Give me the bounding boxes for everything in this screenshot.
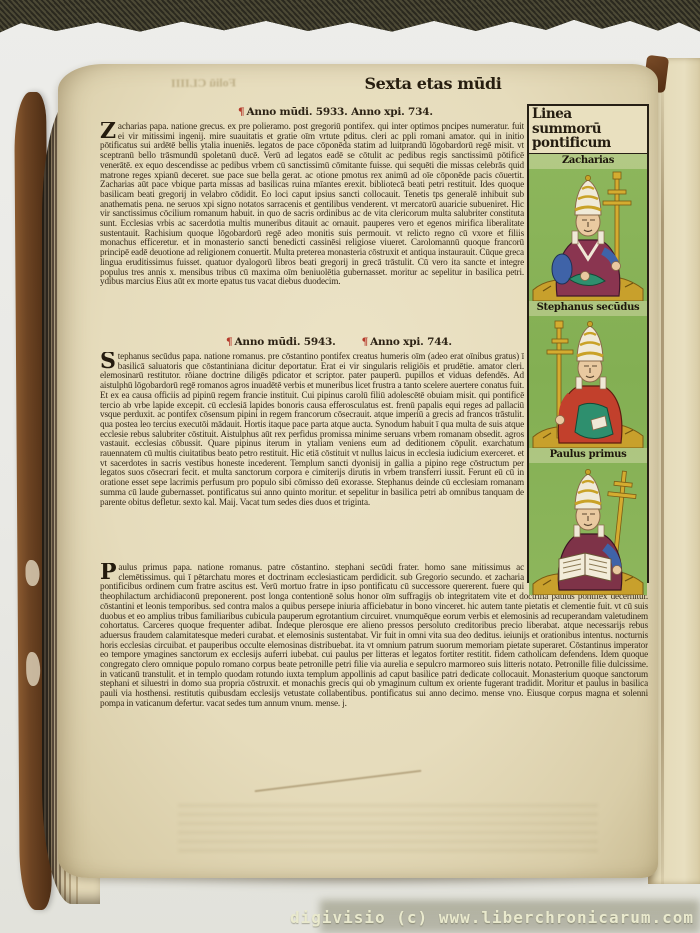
chapter-heading-2: ¶Anno mūdi. 5943.¶Anno xpi. 744. bbox=[226, 336, 452, 348]
pope-portrait-zacharias-woodcut bbox=[529, 169, 647, 301]
spine-wear-chip bbox=[26, 652, 40, 686]
ink-showthrough bbox=[178, 804, 598, 854]
book-page: Foliū CLIIII Sexta etas mūdi ¶Anno mūdi.… bbox=[58, 64, 658, 878]
pope-portrait-paulus-woodcut bbox=[529, 463, 647, 595]
dropcap-initial: Z bbox=[100, 122, 118, 140]
pope-label: Zacharias bbox=[529, 154, 647, 169]
paragraph-stephanus: Stephanus secūdus papa. natione romanus.… bbox=[100, 352, 524, 560]
pope-cell-paulus: Paulus primus bbox=[529, 448, 647, 595]
showthrough-folio-text: Foliū CLIIII bbox=[116, 75, 236, 91]
paragraph-zacharias: Zacharias papa. natione grecus. ex pre p… bbox=[100, 122, 524, 338]
dropcap-initial: P bbox=[100, 563, 118, 581]
pope-label: Paulus primus bbox=[529, 448, 647, 463]
heading-text: Anno mūdi. 5943. bbox=[234, 336, 335, 348]
panel-green-background: Zacharias bbox=[529, 154, 647, 595]
heading-text: Anno xpi. 744. bbox=[370, 336, 452, 348]
panel-title: Linea summorū pontificum bbox=[529, 106, 647, 154]
paragraph-text: tephanus secūdus papa. natione romanus. … bbox=[100, 352, 524, 507]
photo-scene: Foliū CLIIII Sexta etas mūdi ¶Anno mūdi.… bbox=[0, 0, 700, 933]
heading-text: Anno mūdi. 5933. Anno xpi. 734. bbox=[246, 106, 432, 118]
running-header: Sexta etas mūdi bbox=[343, 74, 523, 93]
dropcap-initial: S bbox=[100, 352, 118, 370]
pope-cell-zacharias: Zacharias bbox=[529, 154, 647, 301]
linea-pontificum-panel: Linea summorū pontificum Zacharias bbox=[527, 104, 649, 583]
watermark-text: digivisio (c) www.liberchronicarum.com bbox=[290, 908, 694, 927]
panel-title-line1: Linea summorū bbox=[532, 107, 645, 136]
pope-label: Stephanus secūdus bbox=[529, 301, 647, 316]
panel-title-line2: pontificum bbox=[532, 136, 645, 151]
paragraph-paulus: Paulus primus papa. natione romanus. pat… bbox=[100, 563, 648, 779]
spine-wear-chip bbox=[25, 560, 39, 586]
pope-portrait-stephanus-woodcut bbox=[529, 316, 647, 448]
paragraph-text: acharias papa. natione grecus. ex pre po… bbox=[100, 122, 524, 286]
page-crease bbox=[661, 58, 664, 884]
pope-cell-stephanus: Stephanus secūdus bbox=[529, 301, 647, 448]
pilcrow-mark: ¶ bbox=[362, 336, 370, 348]
chapter-heading-1: ¶Anno mūdi. 5933. Anno xpi. 734. bbox=[238, 106, 433, 118]
